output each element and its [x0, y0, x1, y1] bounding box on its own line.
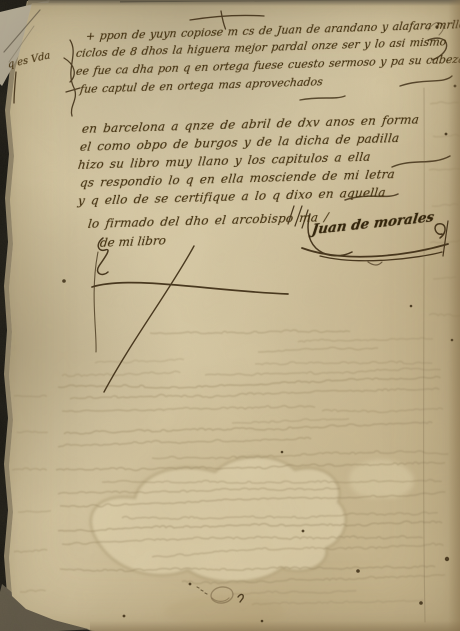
paper-sheet — [0, 0, 460, 631]
closing-line: de mi libro — [99, 233, 166, 250]
manuscript-scan: q es Vda + ppon de yuyn copiose m cs de … — [0, 0, 460, 631]
